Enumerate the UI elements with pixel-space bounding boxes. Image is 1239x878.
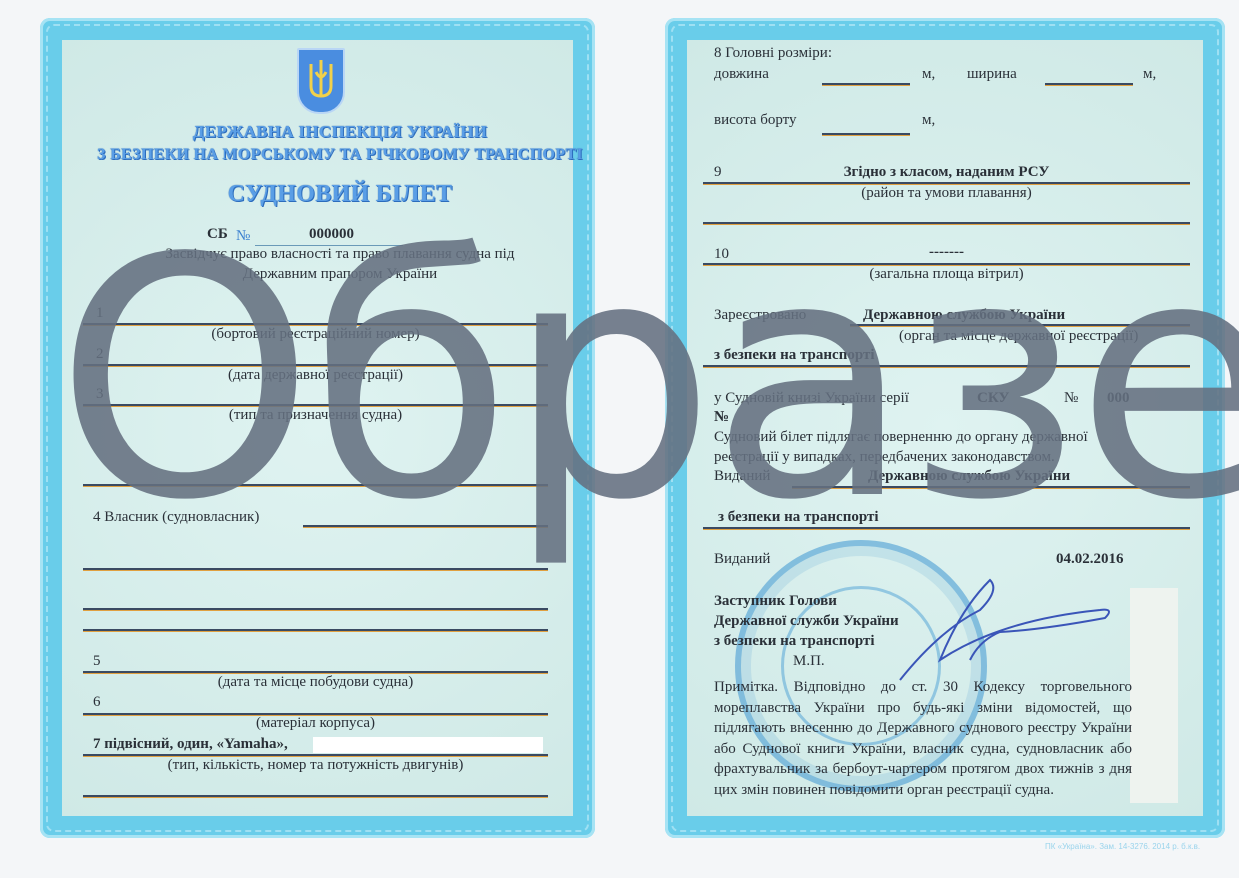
redacted-engine-data [313, 737, 543, 753]
field-3-number: 3 [96, 386, 104, 403]
registered-value-1: Державною службою України [863, 307, 1065, 324]
length-unit: м, [922, 66, 935, 83]
return-text-2: реєстрації у випадках, передбачених зако… [714, 449, 1055, 466]
field-7-value: 7 підвісний, один, «Yamaha», [93, 736, 288, 753]
field-10-value: ------- [703, 244, 1190, 261]
field-7-caption: (тип, кількість, номер та потужність дви… [83, 757, 548, 774]
signatory-line-3: з безпеки на транспорті [714, 633, 875, 650]
field-9-caption: (район та умови плавання) [703, 185, 1190, 202]
issued-line-2[interactable] [703, 527, 1190, 530]
coat-of-arms-icon [297, 48, 345, 114]
number-sign: № [236, 228, 250, 245]
field-5-caption: (дата та місце побудови судна) [83, 674, 548, 691]
owner-line-4[interactable] [83, 629, 548, 632]
width-field[interactable] [1045, 83, 1133, 86]
issued-label: Виданий [714, 468, 770, 485]
issued-value-1: Державною службою України [868, 468, 1070, 485]
print-info: ПК «Україна». Зам. 14-3276. 2014 р. б.к.… [1045, 842, 1200, 851]
note-text: Примітка. Відповідно до ст. 30 Кодексу т… [714, 677, 1132, 800]
dimensions-label: 8 Головні розміри: [714, 45, 832, 62]
registered-label: Зареєстровано [714, 307, 806, 324]
book-number-sign-2: № [714, 409, 729, 426]
book-text: у Судновій книзі України серії [714, 390, 909, 407]
length-label: довжина [714, 66, 769, 83]
height-unit: м, [922, 112, 935, 129]
signature [880, 570, 1120, 690]
field-1-number: 1 [96, 305, 104, 322]
registered-value-2: з безпеки на транспорті [714, 347, 875, 364]
signatory-line-2: Державної служби України [714, 613, 899, 630]
owner-line-3[interactable] [83, 608, 548, 611]
series-prefix: СБ [207, 226, 228, 243]
field-10-caption: (загальна площа вітрил) [703, 266, 1190, 283]
certifies-line-1: Засвідчує право власності та право плава… [80, 246, 600, 263]
field-1-caption: (бортовий реєстраційний номер) [83, 326, 548, 343]
book-series: СКУ [977, 390, 1009, 407]
issuer-line-2: З БЕЗПЕКИ НА МОРСЬКОМУ ТА РІЧКОВОМУ ТРАН… [80, 146, 600, 164]
book-number: 000 [1107, 390, 1130, 407]
registered-line-1[interactable] [850, 324, 1190, 327]
return-text-1: Судновий білет підлягає поверненню до ор… [714, 429, 1088, 446]
issued-value-2: з безпеки на транспорті [718, 509, 879, 526]
field-7-line-extra[interactable] [83, 795, 548, 798]
field-5-number: 5 [93, 653, 101, 670]
field-2-number: 2 [96, 346, 104, 363]
field-3-caption: (тип та призначення судна) [83, 407, 548, 424]
book-number-sign: № [1064, 390, 1078, 407]
issued-date-label: Виданий [714, 551, 770, 568]
field-6-caption: (матеріал корпуса) [83, 715, 548, 732]
field-4-label: 4 Власник (судновласник) [93, 509, 259, 526]
length-field[interactable] [822, 83, 910, 86]
field-3-line-extra[interactable] [83, 484, 548, 487]
height-label: висота борту [714, 112, 797, 129]
document-title: СУДНОВИЙ БІЛЕТ [80, 181, 600, 208]
owner-line[interactable] [303, 525, 548, 528]
signatory-line-1: Заступник Голови [714, 593, 837, 610]
field-6-number: 6 [93, 694, 101, 711]
field-9-line-extra[interactable] [703, 222, 1190, 225]
issued-line-1[interactable] [792, 486, 1190, 489]
field-9-value: Згідно з класом, наданим РСУ [703, 164, 1190, 181]
height-field[interactable] [822, 133, 910, 136]
width-unit: м, [1143, 66, 1156, 83]
registered-line-2[interactable] [703, 365, 1190, 368]
width-label: ширина [967, 66, 1017, 83]
vertical-mark-box [1130, 588, 1178, 803]
owner-line-2[interactable] [83, 568, 548, 571]
document-number: 000000 [309, 226, 354, 243]
registered-caption: (орган та місце державної реєстрації) [899, 328, 1138, 345]
issued-date: 04.02.2016 [1056, 551, 1124, 568]
issuer-line-1: ДЕРЖАВНА ІНСПЕКЦІЯ УКРАЇНИ [80, 122, 600, 142]
seal-mark: М.П. [793, 653, 825, 670]
field-2-caption: (дата державної реєстрації) [83, 367, 548, 384]
certifies-line-2: Державним прапором України [80, 266, 600, 283]
